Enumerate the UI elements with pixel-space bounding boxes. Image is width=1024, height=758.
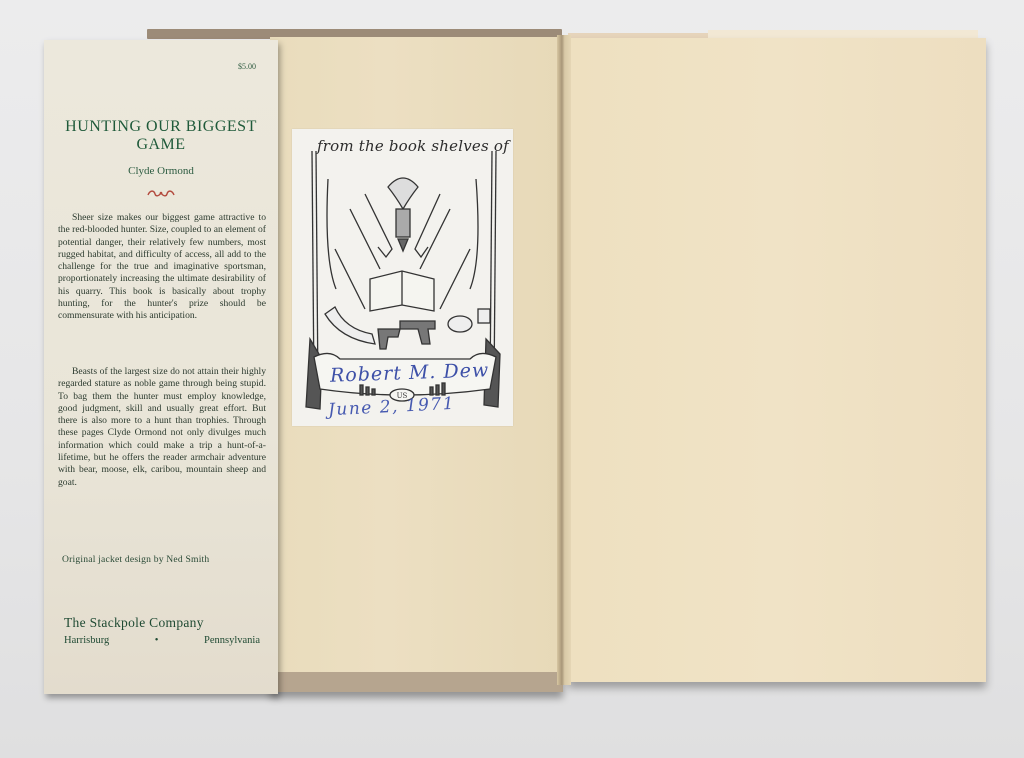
book-hinge: [557, 35, 571, 685]
price-label: $5.00: [238, 62, 256, 71]
book-board-bottom-edge: [270, 670, 563, 692]
publisher-state: Pennsylvania: [204, 635, 260, 646]
scroll-ornament-icon: [44, 188, 278, 204]
book-author: Clyde Ormond: [44, 165, 278, 177]
dust-jacket-flap: $5.00 HUNTING OUR BIGGEST GAME Clyde Orm…: [44, 40, 278, 694]
publisher-location: Harrisburg • Pennsylvania: [64, 635, 260, 646]
free-endpaper: [568, 38, 986, 682]
bookplate: US from the book shelves of Robert M. De…: [292, 129, 513, 426]
jacket-design-credit: Original jacket design by Ned Smith: [62, 554, 209, 565]
separator-dot: •: [155, 635, 159, 646]
publisher-name: The Stackpole Company: [64, 615, 204, 631]
bookplate-heading: from the book shelves of: [317, 137, 509, 155]
book-title: HUNTING OUR BIGGEST GAME: [44, 118, 278, 154]
blurb-paragraph: Beasts of the largest size do not attain…: [58, 366, 266, 489]
blurb-paragraph: Sheer size makes our biggest game attrac…: [58, 212, 266, 323]
publisher-city: Harrisburg: [64, 635, 109, 646]
